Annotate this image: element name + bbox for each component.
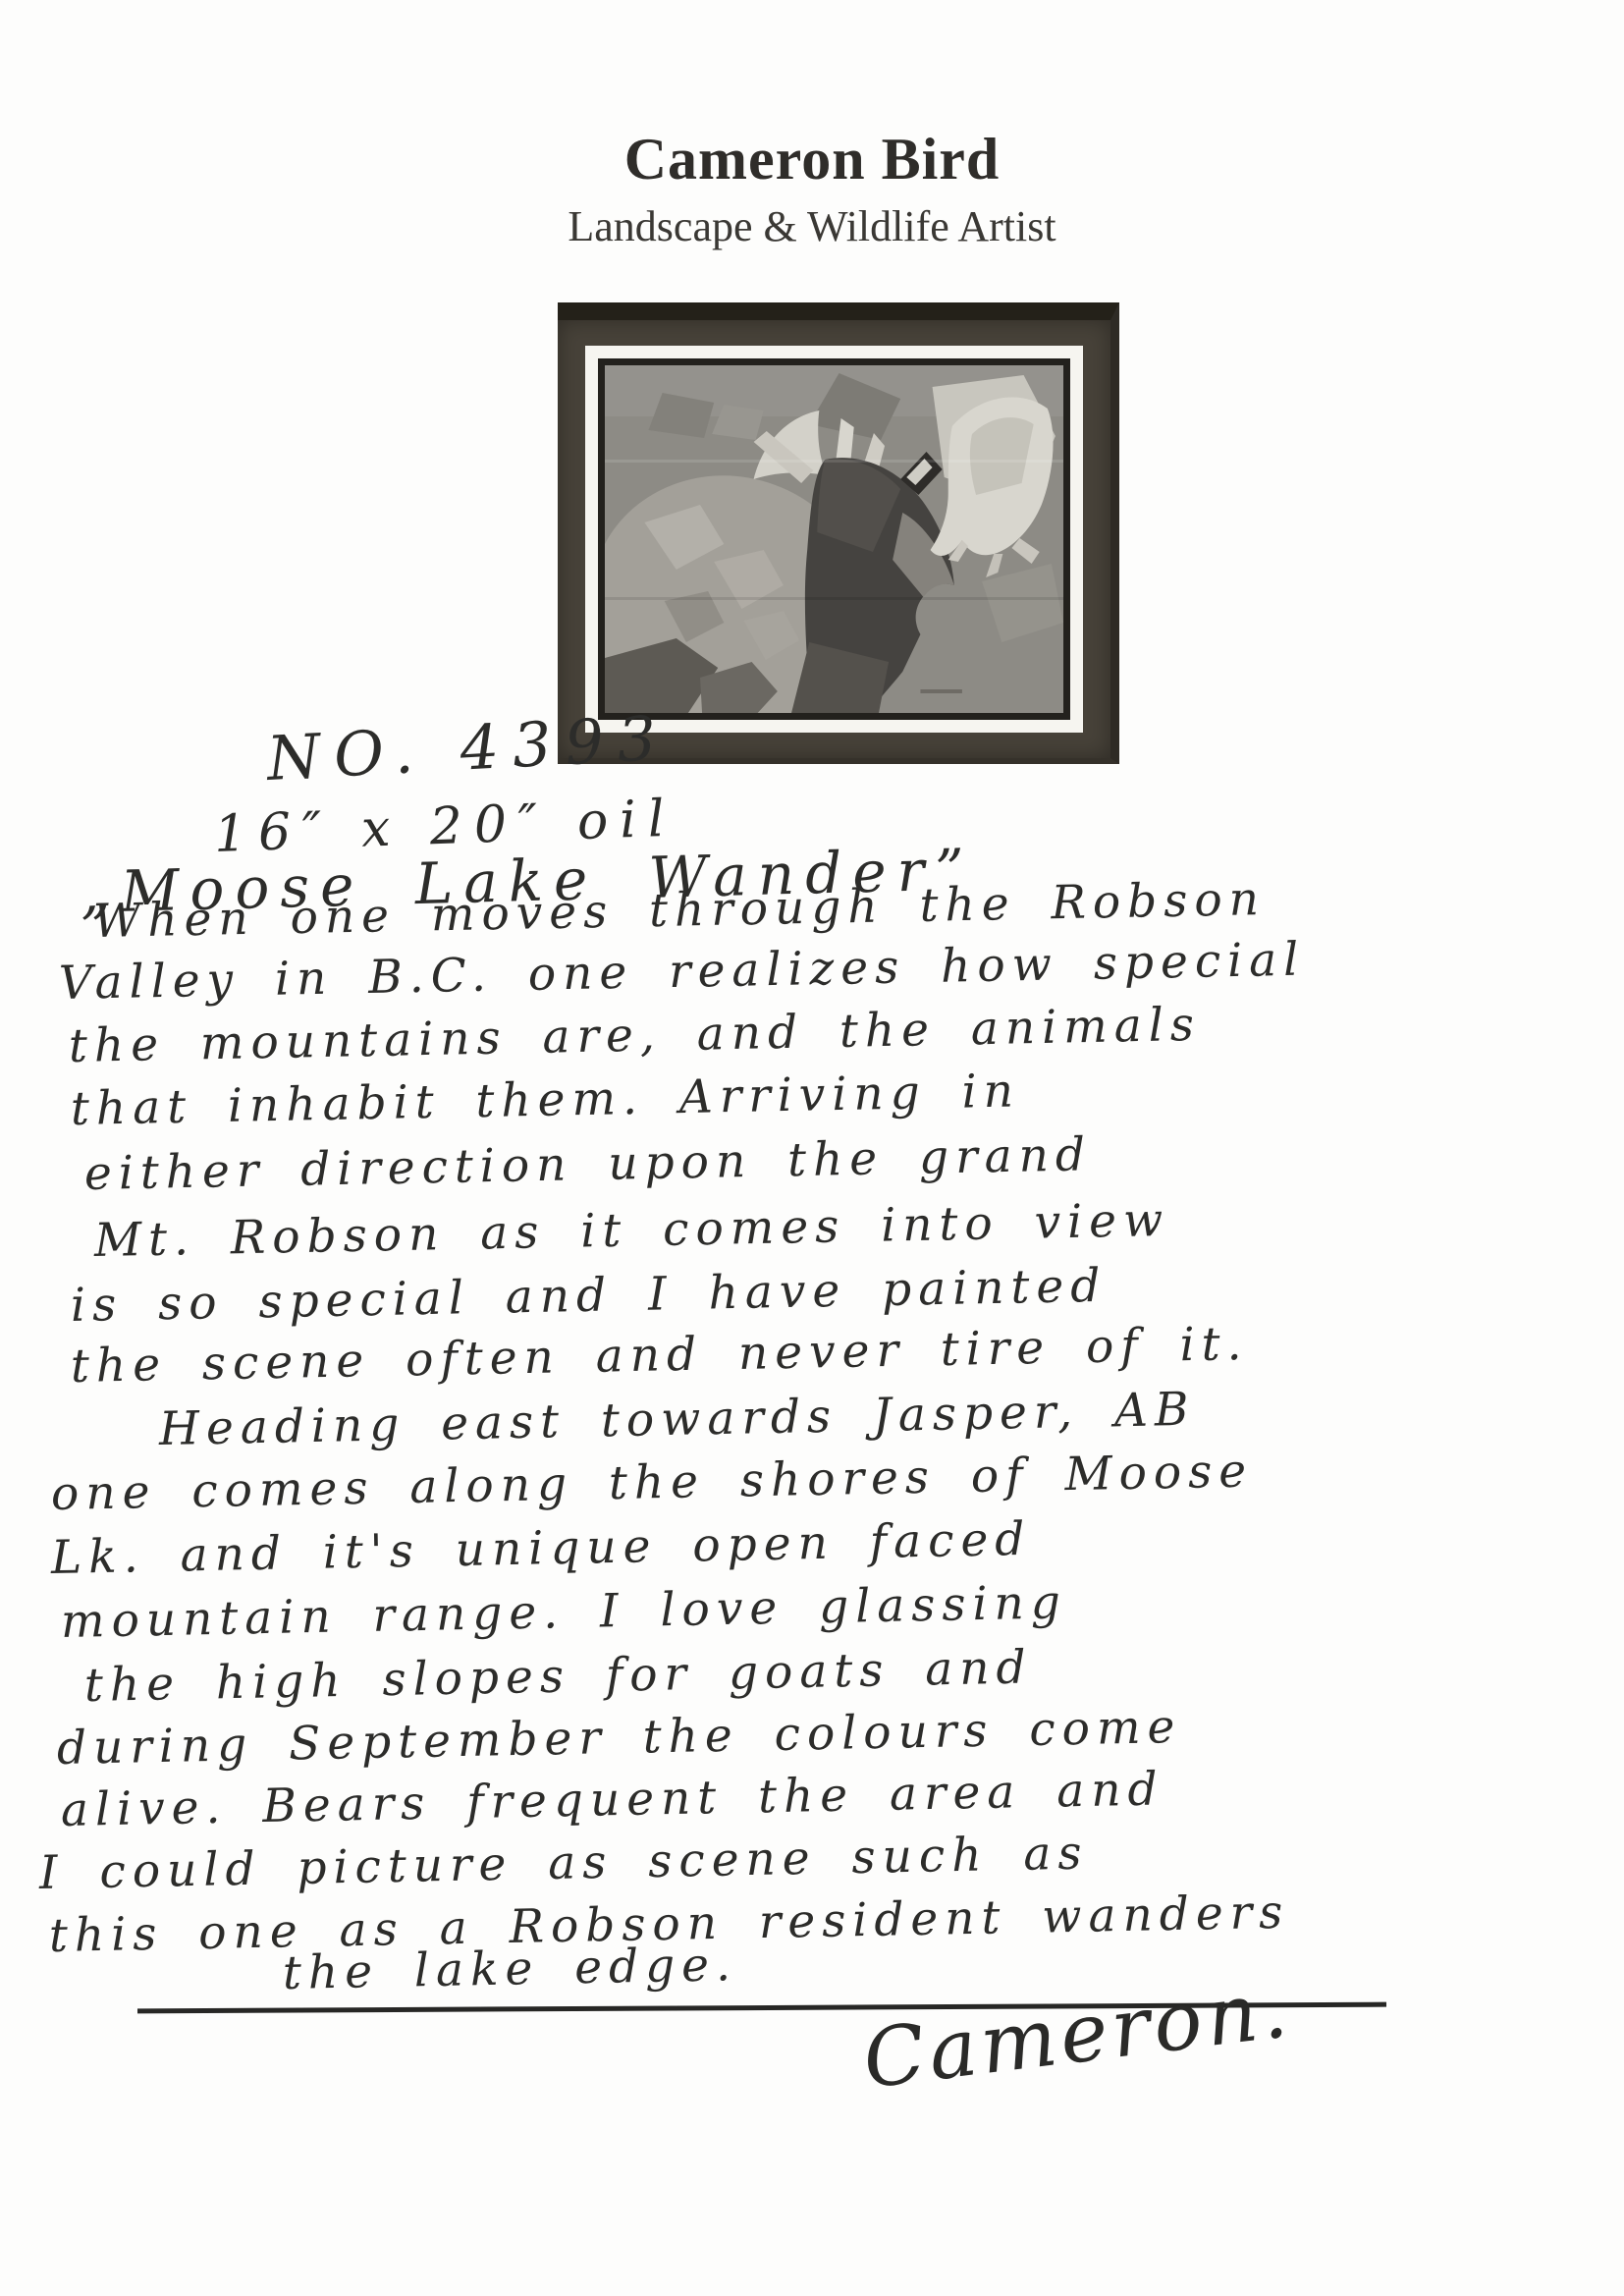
note-line: Heading east towards Jasper, AB [159,1387,1196,1452]
scanned-letter-page: Cameron Bird Landscape & Wildlife Artist [0,0,1624,2296]
framed-artwork-photo [558,302,1119,764]
letterhead: Cameron Bird Landscape & Wildlife Artist [0,126,1624,251]
note-line: alive. Bears frequent the area and [61,1766,1164,1833]
note-line: the scene often and never tire of it. [71,1321,1249,1390]
note-line: Mt. Robson as it comes into view [94,1197,1170,1264]
note-line-lake-edge: the lake edge. [283,1941,738,1996]
note-line: either direction upon the grand [84,1131,1093,1197]
note-line: mountain range. I love glassing [61,1579,1068,1645]
moose-painting-image [605,365,1063,713]
note-line: the mountains are, and the animals [69,1002,1202,1069]
photo-mat [585,346,1083,733]
note-line: one comes along the shores of Moose [51,1449,1254,1517]
artist-signature: Cameron. [859,1969,1295,2102]
artwork-number-line: NO. 4393 [265,708,671,790]
painting-signature-mark [920,689,961,693]
note-line: the high slopes for goats and [84,1644,1033,1709]
artist-name: Cameron Bird [0,126,1624,193]
note-line: I could picture as scene such as [39,1830,1089,1896]
note-line: Valley in B.C. one realizes how special [59,937,1306,1007]
artist-tagline: Landscape & Wildlife Artist [0,201,1624,251]
note-line: that inhabit them. Arriving in [71,1067,1021,1132]
photo-inner-border [598,358,1070,720]
note-line: during September the colours come [57,1704,1182,1772]
note-line: is so special and I have painted [71,1263,1108,1329]
note-line: Lk. and it's unique open faced [51,1516,1032,1581]
